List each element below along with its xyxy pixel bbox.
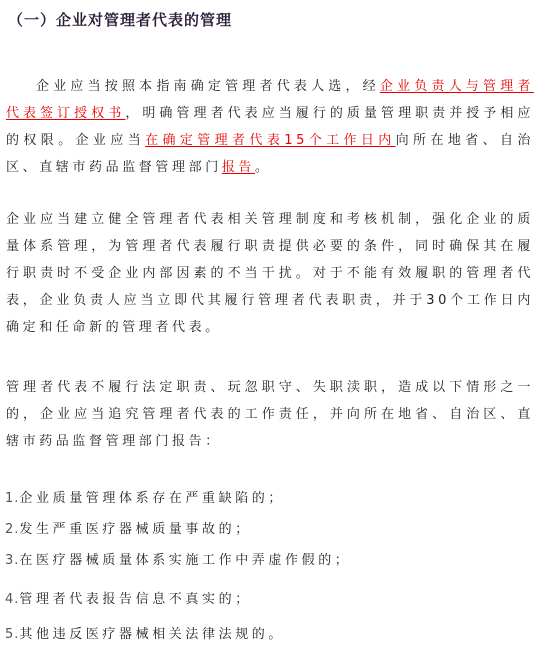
list-index: 5.	[5, 627, 19, 642]
list-index: 4.	[5, 592, 19, 607]
list-text: 在医疗器械质量体系实施工作中弄虚作假的；	[19, 553, 351, 568]
paragraph-accountability: 管理者代表不履行法定职责、玩忽职守、失职渎职，造成以下情形之一的，企业应当追究管…	[6, 374, 534, 455]
list-item: 4.管理者代表报告信息不真实的；	[5, 588, 252, 607]
paragraph-appointment: 企业应当按照本指南确定管理者代表人选，经企业负责人与管理者代表签订授权书，明确管…	[6, 73, 534, 181]
list-text: 其他违反医疗器械相关法律法规的。	[19, 627, 285, 642]
list-index: 2.	[5, 522, 19, 537]
list-text: 企业质量管理体系存在严重缺陷的；	[19, 491, 285, 506]
list-text: 管理者代表报告信息不真实的；	[19, 592, 251, 607]
paragraph-text: 企业应当按照本指南确定管理者代表人选，经	[36, 79, 380, 94]
list-index: 3.	[5, 553, 19, 568]
list-item: 3.在医疗器械质量体系实施工作中弄虚作假的；	[5, 549, 351, 568]
section-heading: （一）企业对管理者代表的管理	[8, 9, 232, 30]
link-15-working-days[interactable]: 在确定管理者代表15个工作日内	[145, 133, 396, 148]
list-item: 1.企业质量管理体系存在严重缺陷的；	[5, 487, 285, 506]
paragraph-text: 。	[255, 160, 272, 175]
link-report[interactable]: 报告	[222, 160, 255, 175]
list-item: 5.其他违反医疗器械相关法律法规的。	[5, 623, 285, 642]
list-index: 1.	[5, 491, 19, 506]
document: （一）企业对管理者代表的管理 企业应当按照本指南确定管理者代表人选，经企业负责人…	[0, 0, 538, 656]
paragraph-management-system: 企业应当建立健全管理者代表相关管理制度和考核机制，强化企业的质量体系管理，为管理…	[6, 206, 534, 341]
list-item: 2.发生严重医疗器械质量事故的；	[5, 518, 252, 537]
list-text: 发生严重医疗器械质量事故的；	[19, 522, 251, 537]
